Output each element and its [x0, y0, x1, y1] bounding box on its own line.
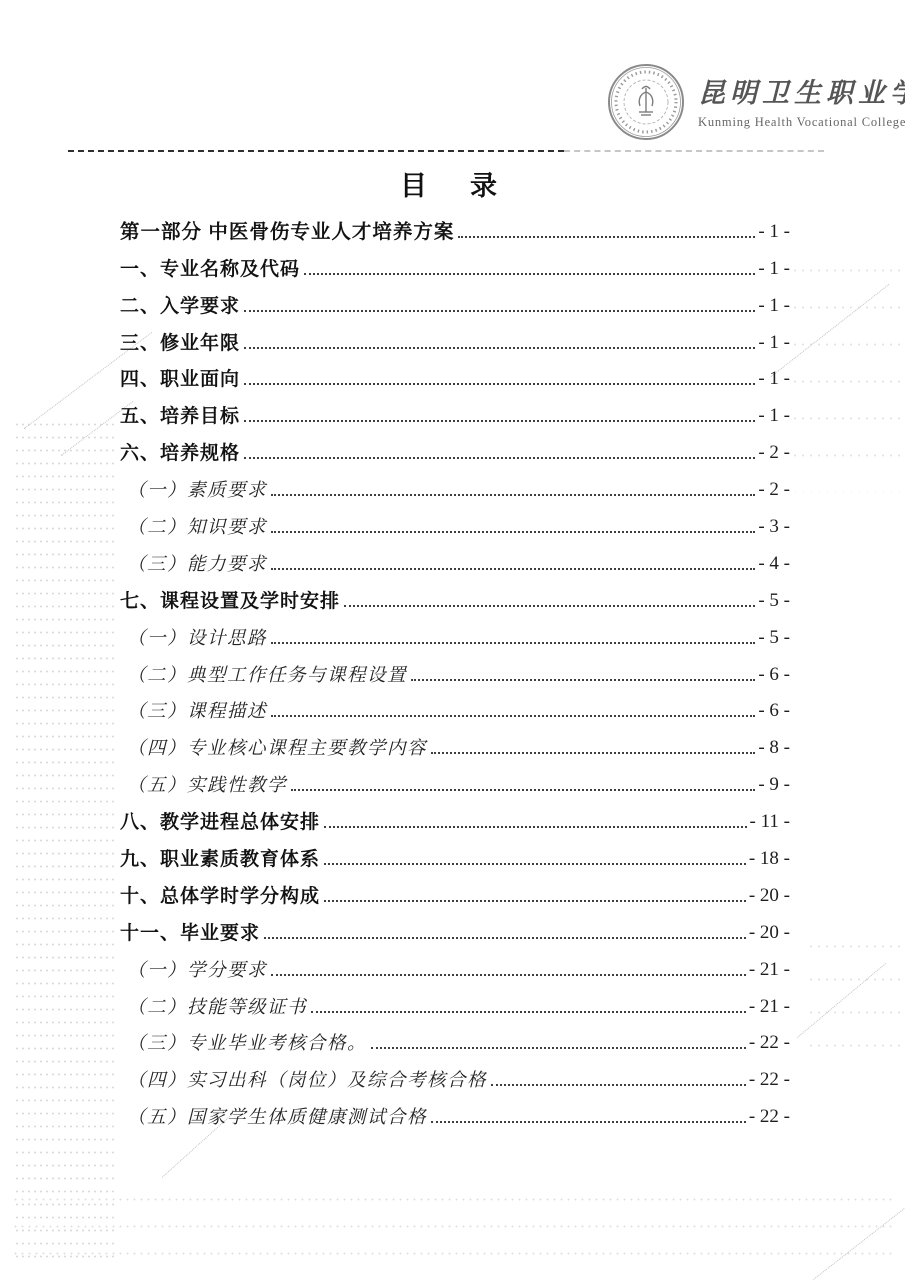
- toc-dot-leader: [324, 900, 746, 902]
- toc-dot-leader: [271, 974, 746, 976]
- toc-entry-label: 一、专业名称及代码: [120, 254, 300, 281]
- toc-entry-label: 十一、毕业要求: [120, 918, 260, 945]
- toc-entry-page: - 6 -: [758, 700, 790, 722]
- toc-dot-leader: [271, 715, 755, 717]
- toc-dot-leader: [491, 1084, 746, 1086]
- toc-entry-page: - 18 -: [749, 848, 790, 870]
- toc-entry: （二）技能等级证书 - 21 -: [120, 982, 790, 1019]
- toc-entry-page: - 1 -: [758, 221, 790, 243]
- toc-dot-leader: [304, 273, 755, 275]
- toc-dot-leader: [291, 789, 755, 791]
- toc-dot-leader: [271, 568, 755, 570]
- toc-dot-leader: [271, 642, 755, 644]
- toc-entry: （一）设计思路 - 5 -: [120, 613, 790, 650]
- page-header: 昆明卫生职业学院 Kunming Health Vocational Colle…: [606, 62, 905, 147]
- toc-entry-page: - 5 -: [758, 590, 790, 612]
- toc-entry: （三）课程描述 - 6 -: [120, 687, 790, 724]
- toc-dot-leader: [371, 1047, 746, 1049]
- toc-entry: （一）学分要求 - 21 -: [120, 945, 790, 982]
- toc-entry: 四、职业面向 - 1 -: [120, 355, 790, 392]
- toc-dot-leader: [244, 347, 755, 349]
- toc-entry: （四）专业核心课程主要教学内容 - 8 -: [120, 723, 790, 760]
- toc-entry: 三、修业年限 - 1 -: [120, 318, 790, 355]
- toc-entry-label: 九、职业素质教育体系: [120, 844, 320, 871]
- toc-entry-label: （三）专业毕业考核合格。: [120, 1029, 367, 1055]
- toc-dot-leader: [458, 236, 755, 238]
- scan-artifact: [791, 252, 903, 492]
- toc-dot-leader: [311, 1011, 746, 1013]
- toc-entry: 十、总体学时学分构成 - 20 -: [120, 871, 790, 908]
- toc-entry-page: - 1 -: [758, 405, 790, 427]
- toc-entry: （四）实习出科（岗位）及综合考核合格 - 22 -: [120, 1055, 790, 1092]
- toc-entry-label: （五）国家学生体质健康测试合格: [120, 1103, 427, 1129]
- toc-entry-label: （一）素质要求: [120, 476, 267, 502]
- toc-dot-leader: [324, 863, 746, 865]
- toc-entry-label: （一）学分要求: [120, 956, 267, 982]
- toc-entry-label: 二、入学要求: [120, 291, 240, 318]
- scan-artifact: [809, 1208, 904, 1280]
- header-divider: [68, 150, 824, 152]
- toc-entry: （五）实践性教学 - 9 -: [120, 760, 790, 797]
- toc-entry-label: （三）能力要求: [120, 550, 267, 576]
- scan-artifact: [797, 963, 886, 1038]
- toc-entry-page: - 1 -: [758, 332, 790, 354]
- toc-entry-label: （四）专业核心课程主要教学内容: [120, 734, 427, 760]
- toc-dot-leader: [324, 826, 747, 828]
- toc-entry-label: 三、修业年限: [120, 328, 240, 355]
- toc-entry-label: （三）课程描述: [120, 697, 267, 723]
- toc-entry-page: - 1 -: [758, 258, 790, 280]
- toc-list: 第一部分 中医骨伤专业人才培养方案 - 1 - 一、专业名称及代码 - 1 - …: [120, 207, 790, 1129]
- toc-entry-label: （五）实践性教学: [120, 771, 287, 797]
- toc-entry-label: 八、教学进程总体安排: [120, 807, 320, 834]
- toc-entry-page: - 2 -: [758, 479, 790, 501]
- toc-entry-label: 十、总体学时学分构成: [120, 881, 320, 908]
- scan-artifact: [12, 1186, 893, 1274]
- scan-artifact: [807, 930, 903, 1075]
- toc-entry-label: （二）典型工作任务与课程设置: [120, 661, 407, 687]
- toc-dot-leader: [431, 752, 755, 754]
- toc-entry: （三）专业毕业考核合格。 - 22 -: [120, 1019, 790, 1056]
- toc-entry-page: - 6 -: [758, 664, 790, 686]
- toc-entry-label: 七、课程设置及学时安排: [120, 586, 340, 613]
- toc-entry-page: - 5 -: [758, 627, 790, 649]
- toc-entry: （三）能力要求 - 4 -: [120, 539, 790, 576]
- college-name-english: Kunming Health Vocational College: [698, 115, 905, 130]
- toc-entry-page: - 20 -: [749, 885, 790, 907]
- toc-entry: （一）素质要求 - 2 -: [120, 465, 790, 502]
- toc-entry-label: 五、培养目标: [120, 401, 240, 428]
- toc-entry-page: - 9 -: [758, 774, 790, 796]
- toc-dot-leader: [244, 383, 755, 385]
- toc-dot-leader: [431, 1121, 746, 1123]
- toc-entry-label: （一）设计思路: [120, 624, 267, 650]
- toc-entry-page: - 22 -: [749, 1032, 790, 1054]
- college-name-chinese: 昆明卫生职业学院: [698, 79, 905, 109]
- document-page: 昆明卫生职业学院 Kunming Health Vocational Colle…: [0, 0, 905, 1280]
- toc-entry-label: （二）技能等级证书: [120, 993, 307, 1019]
- toc-dot-leader: [244, 457, 755, 459]
- toc-dot-leader: [244, 420, 755, 422]
- toc-entry-label: 四、职业面向: [120, 364, 240, 391]
- toc-dot-leader: [271, 494, 755, 496]
- toc-dot-leader: [264, 937, 746, 939]
- toc-entry-page: - 20 -: [749, 922, 790, 944]
- toc-entry: 十一、毕业要求 - 20 -: [120, 908, 790, 945]
- toc-entry-page: - 21 -: [749, 959, 790, 981]
- toc-entry: 九、职业素质教育体系 - 18 -: [120, 834, 790, 871]
- toc-entry-page: - 21 -: [749, 996, 790, 1018]
- toc-entry-page: - 8 -: [758, 737, 790, 759]
- toc-entry: 六、培养规格 - 2 -: [120, 428, 790, 465]
- toc-entry-page: - 22 -: [749, 1069, 790, 1091]
- toc-entry: 八、教学进程总体安排 - 11 -: [120, 797, 790, 834]
- toc-entry-label: 六、培养规格: [120, 438, 240, 465]
- toc-dot-leader: [411, 679, 755, 681]
- toc-entry: 七、课程设置及学时安排 - 5 -: [120, 576, 790, 613]
- toc-entry-page: - 11 -: [750, 811, 790, 833]
- toc-dot-leader: [271, 531, 755, 533]
- toc-entry-label: 第一部分 中医骨伤专业人才培养方案: [120, 216, 454, 244]
- college-seal-icon: [606, 62, 686, 147]
- toc-entry-page: - 1 -: [758, 368, 790, 390]
- toc-entry: （二）知识要求 - 3 -: [120, 502, 790, 539]
- divider-light-segment: [564, 150, 824, 152]
- toc-dot-leader: [244, 310, 755, 312]
- toc-entry-page: - 22 -: [749, 1106, 790, 1128]
- toc-entry: 二、入学要求 - 1 -: [120, 281, 790, 318]
- toc-entry: 一、专业名称及代码 - 1 -: [120, 244, 790, 281]
- toc-entry-page: - 1 -: [758, 295, 790, 317]
- toc-entry-label: （二）知识要求: [120, 513, 267, 539]
- toc-dot-leader: [344, 605, 755, 607]
- toc-entry-page: - 4 -: [758, 553, 790, 575]
- toc-entry: 五、培养目标 - 1 -: [120, 391, 790, 428]
- toc-entry: （二）典型工作任务与课程设置 - 6 -: [120, 650, 790, 687]
- page-title: 目 录: [0, 164, 905, 203]
- toc-entry-label: （四）实习出科（岗位）及综合考核合格: [120, 1066, 487, 1092]
- toc-entry: （五）国家学生体质健康测试合格 - 22 -: [120, 1092, 790, 1129]
- divider-dark-segment: [68, 150, 564, 152]
- toc-entry-page: - 2 -: [758, 442, 790, 464]
- scan-artifact: [14, 418, 118, 1263]
- college-name-block: 昆明卫生职业学院 Kunming Health Vocational Colle…: [698, 79, 905, 130]
- toc-entry: 第一部分 中医骨伤专业人才培养方案 - 1 -: [120, 207, 790, 244]
- toc-entry-page: - 3 -: [758, 516, 790, 538]
